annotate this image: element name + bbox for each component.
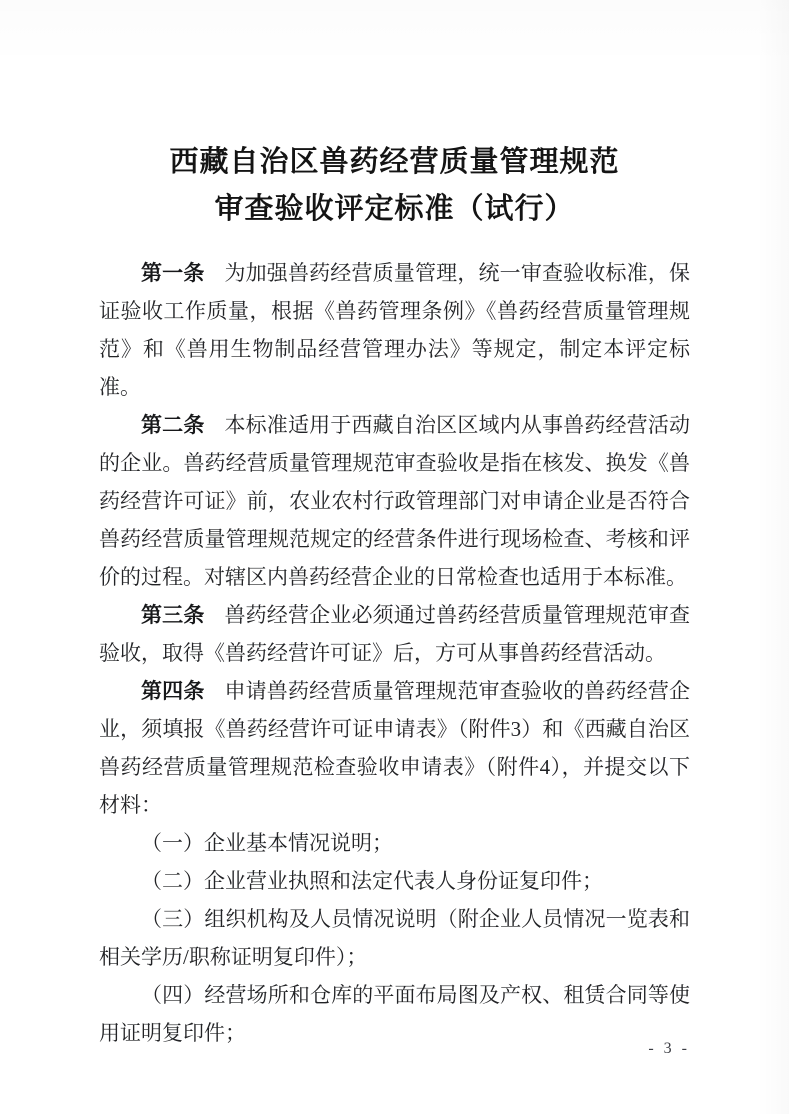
- article-1-number: 第一条: [141, 261, 205, 285]
- article-2: 第二条本标准适用于西藏自治区区域内从事兽药经营活动的企业。兽药经营质量管理规范审…: [99, 406, 690, 596]
- page-number: - 3 -: [648, 1039, 690, 1059]
- article-2-number: 第二条: [141, 413, 205, 437]
- list-item-4: （四）经营场所和仓库的平面布局图及产权、租赁合同等使用证明复印件；: [99, 976, 690, 1052]
- list-item-3: （三）组织机构及人员情况说明（附企业人员情况一览表和相关学历/职称证明复印件）；: [99, 900, 690, 976]
- document-title-line-2: 审查验收评定标准（试行）: [0, 186, 789, 233]
- article-4-number: 第四条: [141, 679, 205, 703]
- document-title-line-1: 西藏自治区兽药经营质量管理规范: [0, 139, 789, 186]
- article-4: 第四条申请兽药经营质量管理规范审查验收的兽药经营企业，须填报《兽药经营许可证申请…: [99, 672, 690, 824]
- list-item-2: （二）企业营业执照和法定代表人身份证复印件；: [99, 862, 690, 900]
- document-body: 第一条为加强兽药经营质量管理，统一审查验收标准，保证验收工作质量，根据《兽药管理…: [99, 254, 690, 1052]
- document-page: 西藏自治区兽药经营质量管理规范 审查验收评定标准（试行） 第一条为加强兽药经营质…: [0, 0, 789, 1114]
- document-title: 西藏自治区兽药经营质量管理规范 审查验收评定标准（试行）: [0, 139, 789, 233]
- article-1: 第一条为加强兽药经营质量管理，统一审查验收标准，保证验收工作质量，根据《兽药管理…: [99, 254, 690, 406]
- article-3-number: 第三条: [141, 603, 205, 627]
- article-3: 第三条兽药经营企业必须通过兽药经营质量管理规范审查验收，取得《兽药经营许可证》后…: [99, 596, 690, 672]
- article-2-text: 本标准适用于西藏自治区区域内从事兽药经营活动的企业。兽药经营质量管理规范审查验收…: [99, 413, 690, 589]
- list-item-1: （一）企业基本情况说明；: [99, 824, 690, 862]
